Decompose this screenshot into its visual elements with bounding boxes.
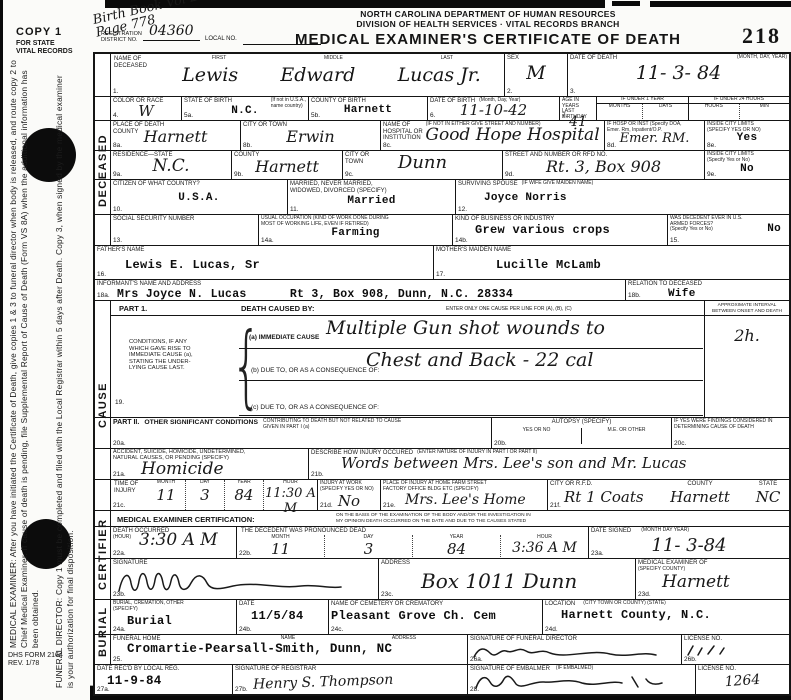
copy-number: COPY 1 [16, 26, 90, 38]
certification-note: ON THE BASIS OF THE EXAMINATION OF THE B… [336, 513, 531, 524]
field-me-address: ADDRESS Box 1011 Dunn 23c. [378, 559, 635, 599]
row-place-of-death: PLACE OF DEATH COUNTY Harnett 8a. CITY O… [95, 120, 789, 150]
scan-edge-bar [0, 0, 3, 700]
registration-district-label: REGISTRATION DISTRICT NO. [101, 31, 142, 43]
field-number: 8e. [707, 142, 716, 149]
field-number: 24a. [113, 626, 126, 633]
me-signature-scribble [113, 567, 353, 597]
field-number: 24d. [545, 626, 558, 633]
field-sublabel: (MONTH, DAY, YEAR) [737, 55, 787, 62]
field-how-injury-occurred: DESCRIBE HOW INJURY OCCURED (ENTER NATUR… [308, 449, 789, 479]
row-residence: RESIDENCE—STATE N.C. 9a. COUNTY Harnett … [95, 150, 789, 179]
field-embalmer-signature: SIGNATURE OF EMBALMER (IF EMBALMED) 28. [467, 665, 695, 694]
middle-name: Edward [280, 65, 355, 85]
field-number: 22a. [113, 550, 126, 557]
row-manner: ACCIDENT, SUICIDE, HOMICIDE, UNDETERMINE… [95, 448, 789, 479]
months-label: MONTHS [597, 104, 642, 119]
field-label: STATE OF BIRTH [184, 98, 232, 109]
field-mother-name: MOTHER'S MAIDEN NAME Lucille McLamb 17. [433, 246, 789, 279]
field-number: 23c. [381, 591, 393, 598]
field-number: 17. [436, 271, 445, 278]
row-parents: FATHER'S NAME Lewis E. Lucas, Sr 16. MOT… [95, 245, 789, 279]
certification-label: MEDICAL EXAMINER CERTIFICATION: [117, 515, 255, 524]
field-number: 21d. [320, 502, 333, 509]
field-number: 14a. [261, 237, 274, 244]
field-label: USUAL OCCUPATION (KIND OF WORK DONE DURI… [261, 216, 450, 227]
interval-value: 2h. [705, 326, 789, 345]
field-label: INJURY AT WORK (SPECIFY YES OR NO) [320, 481, 378, 492]
funeral-director-instructions: FUNERAL DIRECTOR: Copy 1 must be complet… [54, 74, 88, 688]
conditions-note: CONDITIONS, IF ANY WHICH GAVE RISE TO IM… [129, 339, 231, 372]
field-date-received: DATE REC'D BY LOCAL REG. 11-9-84 27a. [95, 665, 232, 694]
field-number: 28. [470, 686, 479, 693]
field-residence-city: CITY OR TOWN Dunn 9c. [342, 151, 502, 179]
field-number: 26a. [470, 656, 483, 663]
section-strip [95, 97, 111, 120]
field-disposition: BURIAL, CREMATION, OTHER (SPECIFY) Buria… [111, 600, 236, 634]
field-value: Rt. 3, Box 908 [505, 157, 702, 176]
section-strip [95, 559, 111, 599]
field-value: Joyce Norris [484, 192, 787, 205]
field-number: 21a. [113, 471, 126, 478]
field-number: 9c. [345, 171, 354, 178]
field-if-under-24-hours: IF UNDER 24 HOURS HOURS MIN [688, 97, 789, 120]
field-value: No [707, 163, 787, 176]
part1-header: PART 1. DEATH CAUSED BY: ENTER ONLY ONE … [111, 301, 789, 316]
division-line: DIVISION OF HEALTH SERVICES · VITAL RECO… [268, 19, 708, 29]
field-value: Homicide [141, 459, 306, 479]
field-number: 9d. [505, 171, 514, 178]
first-name: Lewis [182, 65, 238, 85]
section-strip [95, 600, 111, 634]
field-date-signed: DATE SIGNED (MONTH DAY YEAR) 11- 3-84 23… [588, 527, 789, 558]
field-death-occurred: DEATH OCCURRED (HOUR) 3:30 A M 22a. [111, 527, 236, 558]
field-father-name: FATHER'S NAME Lewis E. Lucas, Sr 16. [95, 246, 433, 279]
hours-label: HOURS [689, 104, 739, 119]
certificate-number: 218 [742, 25, 781, 47]
field-value: Wife [668, 288, 787, 301]
field-label: SOCIAL SECURITY NUMBER [113, 216, 256, 223]
middle-label: MIDDLE [324, 55, 343, 61]
field-place-of-death-county: PLACE OF DEATH COUNTY Harnett 8a. [111, 121, 240, 150]
field-number: 27a. [97, 686, 110, 693]
field-value: 11/5/84 [251, 610, 326, 623]
year-value: 84 [225, 486, 263, 504]
field-number: 11. [290, 206, 299, 213]
field-number: 18b. [628, 292, 641, 299]
field-label: DATE REC'D BY LOCAL REG. [97, 666, 230, 673]
field-number: 4. [113, 112, 118, 119]
field-residence-street: STREET AND NUMBER OR RFD NO. Rt. 3, Box … [502, 151, 704, 179]
field-number: 8b. [243, 142, 252, 149]
field-value: Emer. RM. [607, 131, 702, 146]
row-registrar: DATE REC'D BY LOCAL REG. 11-9-84 27a. SI… [95, 664, 789, 694]
hour-value: 3:36 A M [501, 540, 588, 556]
field-findings: IF YES WERE FINDINGS CONSIDERED IN DETER… [671, 418, 789, 448]
department-line: NORTH CAROLINA DEPARTMENT OF HUMAN RESOU… [268, 9, 708, 19]
row-cause-part2: PART II. OTHER SIGNIFICANT CONDITIONS CO… [95, 417, 789, 448]
field-number: 8c. [383, 142, 392, 149]
field-relation: RELATION TO DECEASED Wife 18b. [625, 280, 789, 300]
field-value: 11-9-84 [107, 675, 230, 688]
field-sublabel: (MONTH DAY YEAR) [641, 528, 689, 535]
field-pod-city-limits: INSIDE CITY LIMITS (SPECIFY YES OR NO) Y… [704, 121, 789, 150]
field-value: Harnett [234, 157, 340, 176]
form-number: DHS FORM 2164 REV. 1/78 [8, 652, 63, 668]
field-residence-city-limits: INSIDE CITY LIMITS (Specify Yes or No) N… [704, 151, 789, 179]
month-value: 11 [147, 486, 185, 504]
days-label: DAYS [642, 104, 688, 119]
field-value: N.C. [113, 156, 229, 176]
field-value: Harnett [311, 104, 425, 117]
part1-label: PART 1. [119, 304, 147, 313]
field-place-of-death-city: CITY OR TOWN Erwin 8b. [240, 121, 380, 150]
field-label: SURVIVING SPOUSE [458, 181, 518, 188]
name-sublabels: FIRST MIDDLE LAST [163, 55, 502, 61]
immediate-cause-line1: Multiple Gun shot wounds to [326, 317, 605, 339]
field-number: 9e. [707, 171, 716, 178]
field-label: AUTOPSY (SPECIFY) [492, 419, 671, 426]
field-other-conditions: PART II. OTHER SIGNIFICANT CONDITIONS CO… [111, 418, 491, 448]
field-number: 21c. [113, 502, 125, 509]
part2-label: PART II. [113, 419, 139, 430]
field-sex: SEX M 2. [504, 54, 567, 96]
first-label: FIRST [212, 55, 226, 61]
field-time-of-injury: TIME OF INJURY MONTH11 DAY3 YEAR84 HOUR1… [111, 480, 317, 510]
one-cause-note: ENTER ONLY ONE CAUSE PER LINE FOR (A), (… [446, 306, 572, 312]
part2-note: CONTRIBUTING TO DEATH BUT NOT RELATED TO… [263, 419, 401, 430]
day-value: 3 [325, 540, 412, 558]
field-place-of-injury: PLACE OF INJURY AT HOME FARM STREET FACT… [380, 480, 547, 510]
registration-district-value: 04360 [143, 24, 200, 41]
death-caused-by-label: DEATH CAUSED BY: [241, 304, 314, 313]
last-label: LAST [441, 55, 454, 61]
section-strip [95, 527, 111, 558]
field-value: Harnett [662, 572, 787, 592]
field-number: 5a. [184, 112, 193, 119]
field-value: Good Hope Hospital [423, 125, 602, 145]
field-label: KIND OF BUSINESS OR INDUSTRY [455, 216, 665, 223]
agency-block: NORTH CAROLINA DEPARTMENT OF HUMAN RESOU… [268, 9, 708, 49]
field-label: DATE OF DEATH [570, 55, 617, 62]
field-funeral-home: FUNERAL HOME NAME ADDRESS Cromartie-Pear… [111, 635, 467, 664]
field-number: 21e. [383, 502, 396, 509]
row-certification: MEDICAL EXAMINER CERTIFICATION: ON THE B… [95, 510, 789, 526]
field-note: (IF WIFE GIVE MAIDEN NAME) [522, 181, 594, 188]
field-number: 1. [113, 88, 118, 95]
field-value: Harnett [655, 488, 745, 506]
immediate-cause-line2: Chest and Back - 22 cal [366, 349, 593, 371]
interval-label: APPROXIMATE INTERVAL BETWEEN ONSET AND D… [705, 303, 789, 314]
field-value: 11- 3-84 [591, 535, 787, 556]
section-strip [95, 511, 111, 526]
field-number: 6. [430, 112, 435, 119]
field-number: 20a. [113, 440, 126, 447]
field-injury-county: COUNTY Harnett [653, 480, 747, 510]
field-label: DATE [239, 601, 326, 608]
field-label: IF YES WERE FINDINGS CONSIDERED IN DETER… [674, 419, 787, 430]
field-value: 3:30 A M [139, 530, 234, 550]
field-label: DATE SIGNED [591, 528, 631, 535]
field-number: 23a. [591, 550, 604, 557]
field-number: 25. [113, 656, 122, 663]
field-number: 21f. [550, 502, 561, 509]
field-number: 26b. [684, 656, 697, 663]
conditions-number: 19. [115, 399, 124, 406]
field-date-of-death: DATE OF DEATH (MONTH, DAY, YEAR) 11- 3- … [567, 54, 789, 96]
field-value: 11- 3- 84 [570, 62, 787, 84]
field-label: NAME OF DECEASED [114, 56, 147, 69]
row-cause-part1: PART 1. DEATH CAUSED BY: ENTER ONLY ONE … [95, 300, 789, 417]
field-marital-status: MARRIED, NEVER MARRIED, WIDOWED, DIVORCE… [287, 180, 455, 214]
field-number: 2. [507, 88, 512, 95]
field-me-county: MEDICAL EXAMINER OF (SPECIFY COUNTY) Har… [635, 559, 789, 599]
field-injury-state: STATE NC [747, 480, 789, 510]
row-funeral-home: FUNERAL HOME NAME ADDRESS Cromartie-Pear… [95, 634, 789, 664]
day-value: 3 [186, 486, 224, 504]
field-manner-of-death: ACCIDENT, SUICIDE, HOMICIDE, UNDETERMINE… [111, 449, 308, 479]
section-strip [95, 418, 111, 448]
scanned-death-certificate: { "colors": { "ink": "#151515", "paper":… [0, 0, 791, 700]
name-values: Lewis Edward Lucas Jr. [161, 65, 502, 85]
field-funeral-director-license: LICENSE NO. 26b. [681, 635, 789, 664]
section-strip [95, 301, 111, 417]
field-value: Grew various crops [475, 224, 665, 237]
field-occupation: USUAL OCCUPATION (KIND OF WORK DONE DURI… [258, 215, 452, 245]
field-number: 14b. [455, 237, 468, 244]
copy-subtitle: FOR STATE VITAL RECORDS [16, 40, 90, 55]
field-value: Burial [127, 615, 234, 628]
form-header: Birth Book Vol 28 Page 778 REGISTRATION … [93, 0, 791, 52]
min-label: MIN [739, 104, 790, 119]
field-number: 8a. [113, 142, 122, 149]
field-value: No [767, 223, 781, 236]
field-number: 27b. [235, 686, 248, 693]
field-number: 20c. [674, 440, 686, 447]
field-label: ADDRESS [381, 560, 633, 567]
field-if-under-1-year: IF UNDER 1 YEAR MONTHS DAYS [596, 97, 688, 120]
field-number: 22b. [239, 550, 252, 557]
field-surviving-spouse: SURVIVING SPOUSE (IF WIFE GIVE MAIDEN NA… [455, 180, 789, 214]
field-number: 5b. [311, 112, 320, 119]
field-number: 24b. [239, 626, 252, 633]
field-value: Erwin [243, 127, 378, 146]
field-value: NC [749, 488, 787, 506]
field-label: MARRIED, NEVER MARRIED, WIDOWED, DIVORCE… [290, 181, 453, 194]
field-value: Lewis E. Lucas, Sr [125, 259, 431, 272]
section-strip [95, 121, 111, 150]
medical-examiner-instructions: MEDICAL EXAMINER: After you have initiat… [8, 58, 56, 648]
field-injury-city-rfd: CITY OR R.F.D. Rt 1 Coats 21f. [547, 480, 653, 510]
due-to-c-label: (c) DUE TO, OR AS A CONSEQUENCE OF: [251, 404, 379, 411]
section-strip [95, 635, 111, 664]
field-ssn: SOCIAL SECURITY NUMBER 13. [111, 215, 258, 245]
field-value: Mrs Joyce N. Lucas Rt 3, Box 908, Dunn, … [117, 288, 623, 301]
local-no-label: LOCAL NO. [205, 36, 237, 42]
field-value: 1264 [698, 669, 788, 691]
field-number: 12. [458, 206, 467, 213]
field-value: Rt 1 Coats [564, 488, 651, 506]
field-number: 16. [97, 271, 106, 278]
field-embalmer-license: LICENSE NO. 1264 [695, 665, 789, 694]
section-strip [95, 180, 111, 214]
certificate-form: DECEASED CAUSE CERTIFIER BURIAL NAME OF … [93, 52, 791, 696]
field-residence-county: COUNTY Harnett 9b. [231, 151, 342, 179]
field-cemetery-location: LOCATION (CITY TOWN OR COUNTY) (STATE) H… [542, 600, 789, 634]
field-label: MOTHER'S MAIDEN NAME [436, 247, 787, 254]
field-cemetery: NAME OF CEMETERY OR CREMATORY Pleasant G… [328, 600, 542, 634]
field-hospital: NAME OF HOSPITAL OR INSTITUTION (IF NOT … [380, 121, 604, 150]
field-pronounced-dead: THE DECEDENT WAS PRONOUNCED DEAD MONTH11… [236, 527, 588, 558]
field-value: Mrs. Lee's Home [405, 492, 545, 508]
field-value: Married [290, 195, 453, 208]
field-label: FATHER'S NAME [97, 247, 431, 254]
field-registrar-signature: SIGNATURE OF REGISTRAR Henry S. Thompson… [232, 665, 467, 694]
field-color-race: COLOR OR RACE W 4. [111, 97, 181, 120]
row-burial: BURIAL, CREMATION, OTHER (SPECIFY) Buria… [95, 599, 789, 634]
field-age: AGE IN YEARS LAST BIRTHDAY 41 7. [559, 97, 596, 120]
field-disposition-date: DATE 11/5/84 24b. [236, 600, 328, 634]
field-label: CITIZEN OF WHAT COUNTRY? [113, 181, 285, 188]
field-number: 9a. [113, 171, 122, 178]
certification-statement: MEDICAL EXAMINER CERTIFICATION: ON THE B… [111, 511, 789, 526]
field-label: NAME OF HOSPITAL OR INSTITUTION [383, 122, 423, 142]
field-residence-state: RESIDENCE—STATE N.C. 9a. [111, 151, 231, 179]
field-value: Yes [707, 132, 787, 145]
field-sublabel: (CITY TOWN OR COUNTY) (STATE) [583, 601, 666, 608]
certificate-title: MEDICAL EXAMINER'S CERTIFICATE OF DEATH [268, 31, 708, 49]
field-number: 23d. [638, 591, 651, 598]
row-pronounced: DEATH OCCURRED (HOUR) 3:30 A M 22a. THE … [95, 526, 789, 558]
year-value: 84 [413, 540, 500, 558]
section-strip [95, 480, 111, 510]
field-hospital-status: IF HOSP OR INST (Specify DOA, Emer. Rm, … [604, 121, 704, 150]
field-number: 20b. [494, 440, 507, 447]
field-number: 9b. [234, 171, 243, 178]
last-name: Lucas Jr. [398, 65, 481, 85]
immediate-cause-label: (a) IMMEDIATE CAUSE [249, 334, 319, 341]
field-sublabel: (If not in U.S.A., name country) [271, 98, 306, 109]
field-value: Lucille McLamb [496, 259, 787, 272]
interval-column: APPROXIMATE INTERVAL BETWEEN ONSET AND D… [704, 301, 789, 417]
field-date-of-birth: DATE OF BIRTH (Month, Day, Year) 11-10-4… [427, 97, 559, 120]
funeral-director-signature-scribble [470, 643, 660, 661]
field-number: 8d. [607, 142, 616, 149]
field-number: 21b. [311, 471, 324, 478]
section-strip [95, 151, 111, 179]
field-number: 3. [570, 88, 575, 95]
field-armed-forces: WAS DECEDENT EVER IN U.S. ARMED FORCES? … [667, 215, 789, 245]
field-number: 13. [113, 237, 122, 244]
field-citizen: CITIZEN OF WHAT COUNTRY? U.S.A. 10. [111, 180, 287, 214]
embalmer-signature-scribble [470, 673, 670, 691]
field-funeral-director-signature: SIGNATURE OF FUNERAL DIRECTOR 26a. [467, 635, 681, 664]
field-informant: INFORMANT'S NAME AND ADDRESS Mrs Joyce N… [95, 280, 625, 300]
field-name: NAME OF DECEASED FIRST MIDDLE LAST Lewis… [111, 54, 504, 96]
field-label: BURIAL, CREMATION, OTHER (SPECIFY) [113, 601, 234, 612]
field-label: PLACE OF INJURY AT HOME FARM STREET FACT… [383, 481, 545, 492]
field-label: NAME OF CEMETERY OR CREMATORY [331, 601, 540, 608]
field-value: Farming [261, 227, 450, 240]
field-industry: KIND OF BUSINESS OR INDUSTRY Grew variou… [452, 215, 667, 245]
row-occupation: SOCIAL SECURITY NUMBER 13. USUAL OCCUPAT… [95, 214, 789, 245]
row-time-of-injury: TIME OF INJURY MONTH11 DAY3 YEAR84 HOUR1… [95, 479, 789, 510]
part1-area: PART 1. DEATH CAUSED BY: ENTER ONLY ONE … [111, 301, 789, 417]
row-birth: COLOR OR RACE W 4. STATE OF BIRTH (If no… [95, 96, 789, 120]
field-value: Cromartie-Pearsall-Smith, Dunn, NC [127, 643, 465, 656]
row-me-signature: SIGNATURE 23b. ADDRESS Box 1011 Dunn 23c… [95, 558, 789, 599]
field-state-of-birth: STATE OF BIRTH (If not in U.S.A., name c… [181, 97, 308, 120]
cause-b-line [239, 380, 703, 381]
field-number: 18a. [97, 292, 110, 299]
field-number: 24c. [331, 626, 343, 633]
due-to-b-label: (b) DUE TO, OR AS A CONSEQUENCE OF: [251, 367, 379, 374]
field-value: Harnett County, N.C. [561, 609, 787, 622]
field-number: 10. [113, 206, 122, 213]
field-value: Pleasant Grove Ch. Cem [331, 610, 540, 623]
field-value: M [507, 62, 565, 84]
field-label: LOCATION [545, 601, 575, 608]
field-autopsy: AUTOPSY (SPECIFY) YES OR NO M.E. OR OTHE… [491, 418, 671, 448]
field-injury-at-work: INJURY AT WORK (SPECIFY YES OR NO) No 21… [317, 480, 380, 510]
field-value: U.S.A. [113, 192, 285, 205]
section-strip [95, 54, 111, 96]
row-name: NAME OF DECEASED FIRST MIDDLE LAST Lewis… [95, 54, 789, 96]
row-informant: INFORMANT'S NAME AND ADDRESS Mrs Joyce N… [95, 279, 789, 300]
field-me-signature: SIGNATURE 23b. [111, 559, 378, 599]
field-number: 15. [670, 237, 679, 244]
autopsy-meother-label: M.E. OR OTHER [581, 428, 671, 444]
copy-designation: COPY 1 FOR STATE VITAL RECORDS [16, 26, 90, 55]
field-value: Words between Mrs. Lee's son and Mr. Luc… [341, 454, 787, 472]
field-county-of-birth: COUNTY OF BIRTH Harnett 5b. [308, 97, 427, 120]
cause-c-line [239, 415, 703, 416]
field-number: 7. [562, 112, 567, 119]
row-citizen: CITIZEN OF WHAT COUNTRY? U.S.A. 10. MARR… [95, 179, 789, 214]
license-scribble [684, 643, 730, 657]
field-value: Box 1011 Dunn [421, 569, 633, 593]
field-number: 23b. [113, 591, 126, 598]
section-strip [95, 449, 111, 479]
field-label: INSIDE CITY LIMITS (Specify Yes or No) [707, 152, 787, 163]
part2-title: OTHER SIGNIFICANT CONDITIONS [144, 419, 258, 430]
section-strip [95, 215, 111, 245]
